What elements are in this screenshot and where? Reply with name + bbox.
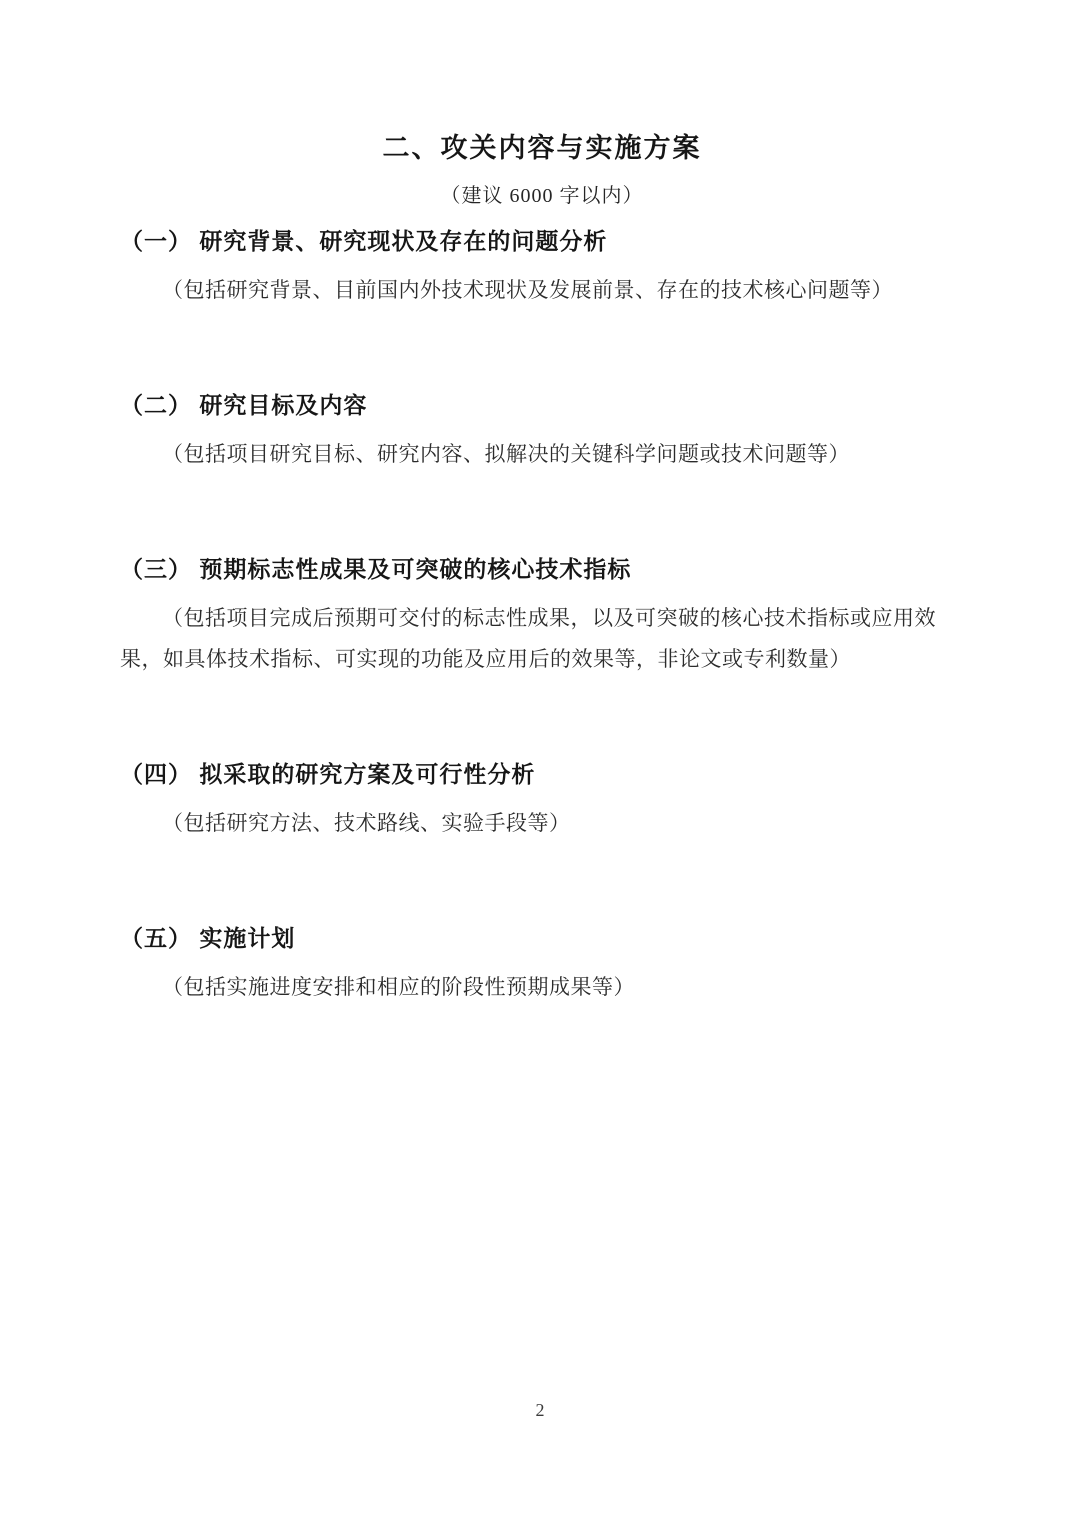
section-5-heading: （五） 实施计划: [120, 921, 964, 955]
document-content: 二、攻关内容与实施方案 （建议 6000 字以内） （一） 研究背景、研究现状及…: [0, 0, 1080, 1008]
document-page: 二、攻关内容与实施方案 （建议 6000 字以内） （一） 研究背景、研究现状及…: [0, 0, 1080, 1527]
section-2-heading: （二） 研究目标及内容: [120, 388, 964, 422]
section-5: （五） 实施计划 （包括实施进度安排和相应的阶段性预期成果等）: [120, 921, 964, 1008]
section-1-heading: （一） 研究背景、研究现状及存在的问题分析: [120, 224, 964, 258]
page-subtitle: （建议 6000 字以内）: [120, 182, 964, 210]
section-3-heading: （三） 预期标志性成果及可突破的核心技术指标: [120, 552, 964, 586]
section-4-note: （包括研究方法、技术路线、实验手段等）: [120, 803, 964, 844]
section-3: （三） 预期标志性成果及可突破的核心技术指标 （包括项目完成后预期可交付的标志性…: [120, 552, 964, 680]
section-5-note: （包括实施进度安排和相应的阶段性预期成果等）: [120, 967, 964, 1008]
section-3-note: （包括项目完成后预期可交付的标志性成果，以及可突破的核心技术指标或应用效果，如具…: [120, 598, 964, 680]
section-4: （四） 拟采取的研究方案及可行性分析 （包括研究方法、技术路线、实验手段等）: [120, 757, 964, 844]
page-title: 二、攻关内容与实施方案: [120, 132, 964, 164]
page-number: 2: [0, 1400, 1080, 1421]
section-1: （一） 研究背景、研究现状及存在的问题分析 （包括研究背景、目前国内外技术现状及…: [120, 224, 964, 311]
section-2-note: （包括项目研究目标、研究内容、拟解决的关键科学问题或技术问题等）: [120, 434, 964, 475]
section-2: （二） 研究目标及内容 （包括项目研究目标、研究内容、拟解决的关键科学问题或技术…: [120, 388, 964, 475]
section-4-heading: （四） 拟采取的研究方案及可行性分析: [120, 757, 964, 791]
section-1-note: （包括研究背景、目前国内外技术现状及发展前景、存在的技术核心问题等）: [120, 270, 964, 311]
